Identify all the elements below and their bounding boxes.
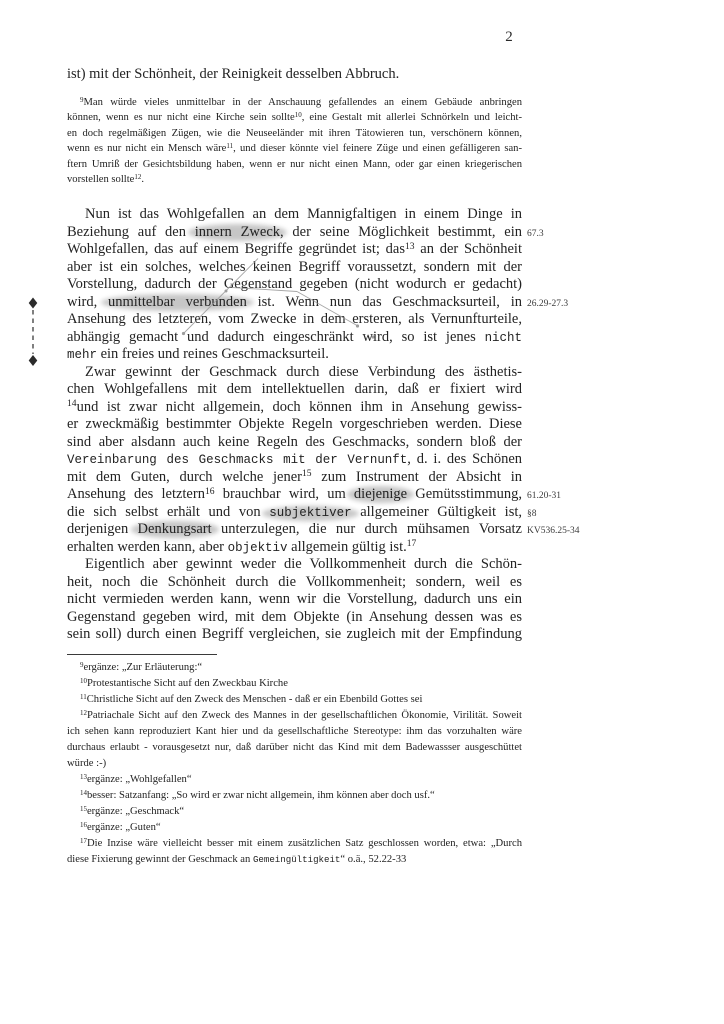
text-line: 16ergänze: „Guten“ — [67, 820, 522, 836]
text-line: mehr ein freies und reines Geschmacksurt… — [67, 346, 522, 364]
footnote-marker: 13 — [405, 241, 415, 252]
text-line: wird, unmittelbar verbunden ist. Wenn nu… — [67, 294, 522, 312]
text-line: 10Protestantische Sicht auf den Zweckbau… — [67, 676, 522, 692]
text-line: ich sehen kann reproduziert Kant hier un… — [67, 724, 522, 740]
text-segment: . — [141, 174, 144, 185]
text-segment: Patriachale Sicht auf den Zweck des Mann… — [87, 710, 522, 721]
text-line: Vorstellung, dadurch der Gegenstand gege… — [67, 276, 522, 294]
text-line: Eigentlich aber gewinnt weder die Vollko… — [67, 556, 522, 574]
quote-block: 9Man würde vieles unmittelbar in der Ans… — [67, 95, 522, 187]
text-segment: Man würde vieles unmittelbar in der Ansc… — [84, 97, 523, 108]
text-line: 14besser: Satzanfang: „So wird er zwar n… — [67, 788, 522, 804]
text-line: Nun ist das Wohlgefallen an dem Mannigfa… — [67, 206, 522, 224]
text-line: 9Man würde vieles unmittelbar in der Ans… — [67, 95, 522, 110]
text-line: Wohlgefallen, das auf einem Begriffe geg… — [67, 241, 522, 259]
text-line: 17Die Inzise wäre vielleicht besser mit … — [67, 836, 522, 852]
text-segment: nicht vermieden werden kann, wenn wir di… — [67, 591, 522, 607]
text-segment: Protestantische Sicht auf den Zweckbau K… — [87, 678, 288, 689]
footnote-marker: 16 — [205, 486, 215, 497]
text-line: chen Wohlgefallens mit dem intellektuell… — [67, 381, 522, 399]
text-line: Ansehung des letzteren, vom Zwecke in de… — [67, 311, 522, 329]
text-segment: brauchbar wird, um — [215, 486, 354, 502]
text-line: 12Patriachale Sicht auf den Zweck des Ma… — [67, 708, 522, 724]
page-number: 2 — [499, 29, 519, 46]
text-segment: ergänze: „Zur Erläuterung:“ — [84, 662, 203, 673]
text-segment: objektiv — [228, 541, 288, 555]
footnote-marker: 15 — [80, 805, 87, 813]
text-segment: und ist zwar nicht allgemein, doch könne… — [77, 399, 522, 415]
text-line: ftern Umriß der Gesichtsbildung haben, w… — [67, 157, 522, 172]
text-segment: können, wenn es nur nicht eine Kirche se… — [67, 112, 295, 123]
footnote-marker: 16 — [80, 821, 87, 829]
footnote-rule — [67, 654, 217, 655]
margin-note: KV536.25-34 — [527, 526, 580, 536]
text-segment: wird, — [67, 294, 108, 310]
text-segment: zum Instrument der Absicht in — [312, 469, 522, 485]
text-segment: erhalten werden kann, aber — [67, 539, 228, 555]
text-segment: er zweckmäßig bestimmter Objekte Regeln … — [67, 416, 522, 432]
text-segment: Vereinbarung des Geschmacks mit der Vern… — [67, 453, 407, 467]
text-segment: an der Schönheit — [415, 241, 522, 257]
text-line: würde :-) — [67, 756, 522, 772]
text-segment: Gemeingültigkeit — [253, 854, 340, 865]
text-line: Zwar gewinnt der Geschmack durch diese V… — [67, 364, 522, 382]
footnote-marker: 11 — [80, 693, 87, 701]
highlighted-phrase: unmittelbar verbunden — [108, 294, 247, 310]
footnote-marker: 11 — [226, 142, 233, 150]
text-segment: Gemütsstimmung, — [407, 486, 522, 502]
main-text: Nun ist das Wohlgefallen an dem Mannigfa… — [67, 206, 522, 644]
footnote-marker: 10 — [80, 677, 87, 685]
text-segment: Beziehung auf den — [67, 224, 195, 240]
text-segment: Eigentlich aber gewinnt weder die Vollko… — [85, 556, 522, 572]
text-segment: ergänze: „Geschmack“ — [87, 806, 184, 817]
highlighted-phrase: innern Zweck — [195, 224, 280, 240]
text-line: Gegenstand gegeben wird, mit dem Objekte… — [67, 609, 522, 627]
text-segment: heit, noch die Schönheit durch die Vollk… — [67, 574, 522, 590]
text-line: Ansehung des letztern16 brauchbar wird, … — [67, 486, 522, 504]
text-segment: aber ist ein solches, welches keinen Beg… — [67, 259, 522, 275]
text-segment: abhängig gemacht und dadurch eingeschrän… — [67, 329, 485, 345]
text-segment: Zwar gewinnt der Geschmack durch diese V… — [85, 364, 522, 380]
text-segment: ergänze: „Guten“ — [87, 822, 161, 833]
text-line: vorstellen sollte12. — [67, 172, 522, 187]
text-line: nicht vermieden werden kann, wenn wir di… — [67, 591, 522, 609]
text-segment: besser: Satzanfang: „So wird er zwar nic… — [87, 790, 435, 801]
text-line: 14und ist zwar nicht allgemein, doch kön… — [67, 399, 522, 417]
text-line: derjenigen Denkungsart unterzulegen, die… — [67, 521, 522, 539]
margin-note: 67.3 — [527, 229, 544, 239]
footnote-marker: 17 — [407, 538, 417, 549]
text-segment: Christliche Sicht auf den Zweck des Mens… — [87, 694, 423, 705]
text-line: diese Fixierung gewinnt der Geschmack an… — [67, 852, 522, 868]
text-line: 13ergänze: „Wohlgefallen“ — [67, 772, 522, 788]
text-line: Beziehung auf den innern Zweck, der sein… — [67, 224, 522, 242]
document-page: 2 ist) mit der Schönheit, der Reinigkeit… — [0, 0, 724, 1024]
text-segment: , der seine Möglichkeit bestimmt, ein — [280, 224, 522, 240]
text-segment: vorstellen sollte — [67, 174, 134, 185]
text-segment: ein freies und reines Geschmacksurteil. — [97, 346, 329, 362]
text-line: heit, noch die Schönheit durch die Vollk… — [67, 574, 522, 592]
text-line: durchaus erlaubt - vorausgesetzt nur, da… — [67, 740, 522, 756]
margin-note: §8 — [527, 509, 537, 519]
text-segment: allgemeiner Gültigkeit ist, — [352, 504, 522, 520]
text-line: mit dem Guten, durch welche jener15 zum … — [67, 469, 522, 487]
footnote-marker: 17 — [80, 837, 87, 845]
text-line: die sich selbst erhält und von subjektiv… — [67, 504, 522, 522]
footnote-marker: 14 — [67, 398, 77, 409]
text-line: 15ergänze: „Geschmack“ — [67, 804, 522, 820]
text-segment: Wohlgefallen, das auf einem Begriffe geg… — [67, 241, 405, 257]
text-line: können, wenn es nur nicht eine Kirche se… — [67, 110, 522, 125]
text-segment: ist) mit der Schönheit, der Reinigkeit d… — [67, 66, 399, 82]
text-segment: unterzulegen, die nur durch mühsamen Vor… — [212, 521, 522, 537]
text-line: en doch regelmäßigen Zügen, wie die Neus… — [67, 126, 522, 141]
text-segment: sind aber alsdann auch keine Regeln des … — [67, 434, 522, 450]
footnotes: 9ergänze: „Zur Erläuterung:“10Protestant… — [67, 660, 522, 868]
text-line: 9ergänze: „Zur Erläuterung:“ — [67, 660, 522, 676]
text-segment: Ansehung des letztern — [67, 486, 205, 502]
text-segment: Nun ist das Wohlgefallen an dem Mannigfa… — [85, 206, 522, 222]
text-segment: chen Wohlgefallens mit dem intellektuell… — [67, 381, 522, 397]
text-segment: ftern Umriß der Gesichtsbildung haben, w… — [67, 159, 522, 170]
text-segment: ist. Wenn nun das Geschmacksurteil, in — [247, 294, 522, 310]
text-segment: mehr — [67, 348, 97, 362]
text-segment: ergänze: „Wohlgefallen“ — [87, 774, 192, 785]
text-line: aber ist ein solches, welches keinen Beg… — [67, 259, 522, 277]
text-line: wenn es nur nicht ein Mensch wäre11, und… — [67, 141, 522, 156]
text-segment: durchaus erlaubt - vorausgesetzt nur, da… — [67, 742, 522, 753]
text-segment: wenn es nur nicht ein Mensch wäre — [67, 143, 226, 154]
text-segment: Vorstellung, dadurch der Gegenstand gege… — [67, 276, 522, 292]
text-line: ist) mit der Schönheit, der Reinigkeit d… — [67, 66, 522, 84]
text-segment: en doch regelmäßigen Zügen, wie die Neus… — [67, 128, 522, 139]
footnote-marker: 10 — [295, 111, 302, 119]
highlighted-phrase: Denkungsart — [138, 521, 212, 537]
margin-note: 61.20-31 — [527, 491, 561, 501]
text-segment: , eine Gestalt mit allerlei Schnörkeln u… — [302, 112, 522, 123]
text-line: erhalten werden kann, aber objektiv allg… — [67, 539, 522, 557]
text-line: Vereinbarung des Geschmacks mit der Vern… — [67, 451, 522, 469]
diamond-dashed-range-marker-icon — [29, 298, 38, 367]
text-line: abhängig gemacht und dadurch eingeschrän… — [67, 329, 522, 347]
text-segment: nicht — [485, 331, 522, 345]
footnote-marker: 12 — [80, 709, 87, 717]
text-segment: Die Inzise wäre vielleicht besser mit ei… — [87, 838, 522, 849]
text-segment: , d. i. des Schönen — [407, 451, 522, 467]
text-segment: , und dieser könnte viel feinere Züge un… — [233, 143, 522, 154]
text-segment: Ansehung des letzteren, vom Zwecke in de… — [67, 311, 522, 327]
text-segment: mit dem Guten, durch welche jener — [67, 469, 302, 485]
text-segment: allgemein gültig ist. — [288, 539, 407, 555]
text-segment: Gegenstand gegeben wird, mit dem Objekte… — [67, 609, 522, 625]
margin-note: 26.29-27.3 — [527, 299, 568, 309]
text-segment: ich sehen kann reproduziert Kant hier un… — [67, 726, 522, 737]
highlighted-phrase: diejenige — [354, 486, 407, 502]
text-segment: diese Fixierung gewinnt der Geschmack an — [67, 854, 253, 865]
footnote-marker: 13 — [80, 773, 87, 781]
text-line: 11Christliche Sicht auf den Zweck des Me… — [67, 692, 522, 708]
text-segment: würde :-) — [67, 758, 106, 769]
text-line: er zweckmäßig bestimmter Objekte Regeln … — [67, 416, 522, 434]
text-segment: “ o.ä., 52.22-33 — [340, 854, 406, 865]
text-line: sind aber alsdann auch keine Regeln des … — [67, 434, 522, 452]
intro-paragraph: ist) mit der Schönheit, der Reinigkeit d… — [67, 66, 522, 84]
text-segment: sein soll) durch einen Begriff vergleich… — [67, 626, 522, 642]
text-segment: derjenigen — [67, 521, 138, 537]
footnote-marker: 9 — [80, 661, 84, 669]
footnote-marker: 12 — [134, 173, 141, 181]
footnote-marker: 14 — [80, 789, 87, 797]
footnote-marker: 15 — [302, 468, 312, 479]
text-segment: die sich selbst erhält und von — [67, 504, 269, 520]
footnote-marker: 9 — [80, 96, 84, 104]
text-line: sein soll) durch einen Begriff vergleich… — [67, 626, 522, 644]
highlighted-phrase: subjektiver — [269, 506, 351, 520]
